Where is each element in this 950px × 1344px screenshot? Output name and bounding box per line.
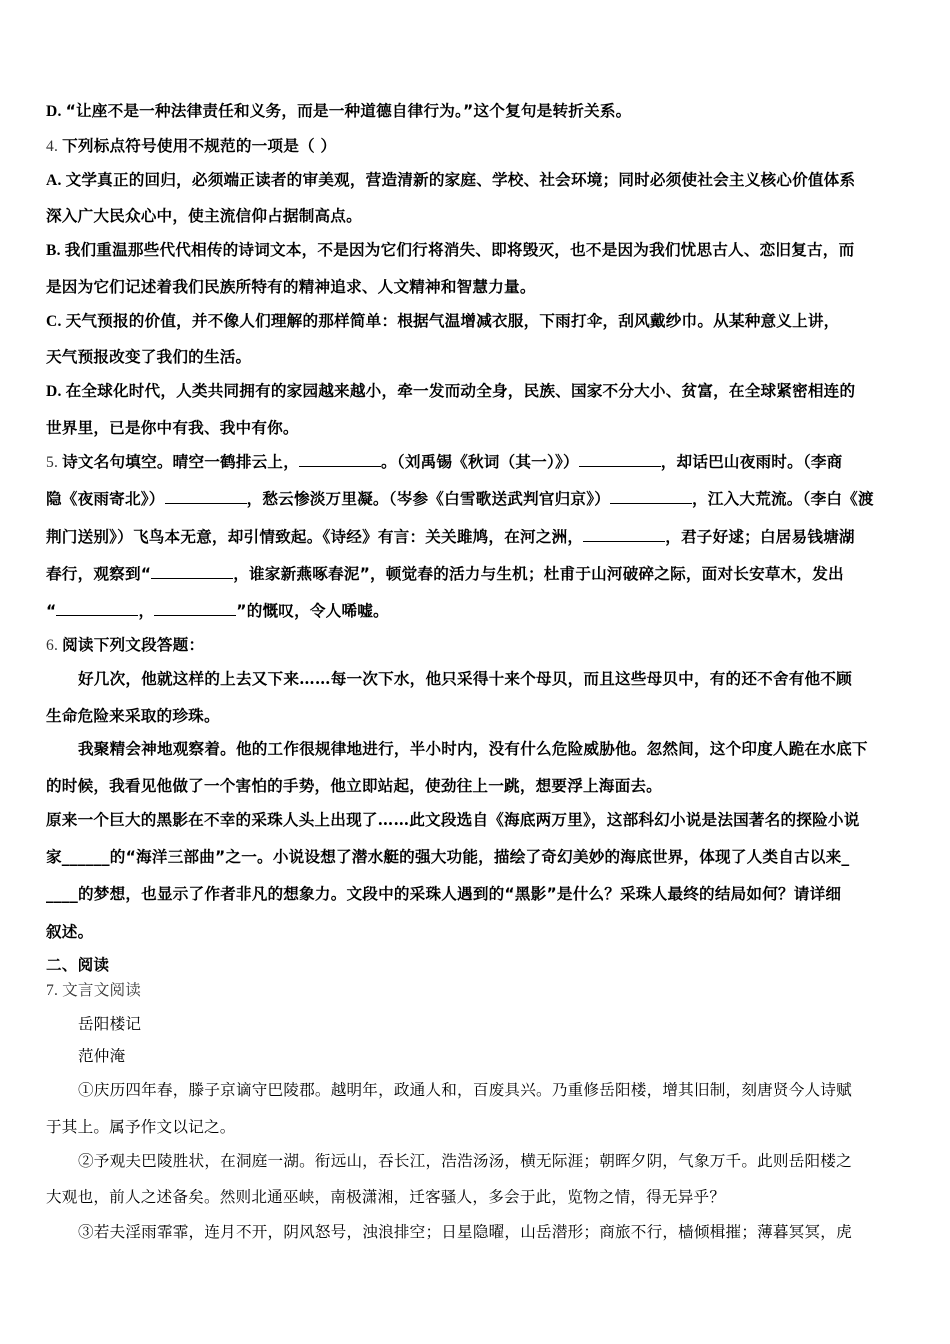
text: ，愁云惨淡万里凝。（岑参《白雪歌送武判官归京》） xyxy=(247,490,610,508)
question-stem: 下列标点符号使用不规范的一项是（ ） xyxy=(62,137,336,155)
q6-question-line-1: 原来一个巨大的黑影在不幸的采珠人头上出现了……此文段选自《海底两万里》，这部科幻… xyxy=(46,810,906,830)
question-text: 叙述。 xyxy=(46,923,93,941)
text: 。（刘禹锡《秋词（其一）》） xyxy=(381,453,579,471)
question-number: 7. xyxy=(46,982,58,999)
q6-question-line-3: ____的梦想，也显示了作者非凡的想象力。文段中的采珠人遇到的“黑影”是什么？采… xyxy=(46,884,906,904)
text: 诗文名句填空。晴空一鹤排云上， xyxy=(62,453,299,471)
section-title: 二、阅读 xyxy=(46,956,109,974)
option-text: 是因为它们记述着我们民族所特有的精神追求、人文精神和智慧力量。 xyxy=(46,278,536,296)
passage-text: 好几次，他就这样的上去又下来……每一次下水，他只采得十来个母贝，而且这些母贝中，… xyxy=(78,669,852,688)
passage-text: 的时候，我看见他做了一个害怕的手势，他立即站起，使劲往上一跳，想要浮上海面去。 xyxy=(46,776,662,795)
question-text: ____的梦想，也显示了作者非凡的想象力。文段中的采珠人遇到的“黑影”是什么？采… xyxy=(46,885,841,903)
paragraph-text: 于其上。属予作文以记之。 xyxy=(46,1118,236,1136)
option-label: B. xyxy=(46,242,61,259)
q6-question-line-2: 家______的“海洋三部曲”之一。小说设想了潜水艇的强大功能，描绘了奇幻美妙的… xyxy=(46,847,906,867)
option-text: 深入广大民众心中，使主流信仰占据制高点。 xyxy=(46,207,362,225)
option-label: A. xyxy=(46,172,62,189)
question-number: 5. xyxy=(46,454,58,471)
fill-blank[interactable] xyxy=(154,601,236,616)
essay-author: 范仲淹 xyxy=(78,1047,125,1065)
q4-option-a-cont: 深入广大民众心中，使主流信仰占据制高点。 xyxy=(46,206,906,226)
question-stem: 阅读下列文段答题： xyxy=(62,636,204,654)
fill-blank[interactable] xyxy=(610,489,692,504)
q5-line-2: 隐《夜雨寄北》），愁云惨淡万里凝。（岑参《白雪歌送武判官归京》），江入大荒流。（… xyxy=(46,489,906,509)
text: ，却话巴山夜雨时。（李商 xyxy=(661,453,843,471)
text: ，君子好逑；白居易钱塘湖 xyxy=(665,528,855,546)
text: ，江入大荒流。（李白《渡 xyxy=(692,490,874,508)
option-text: 我们重温那些代代相传的诗词文本，不是因为它们行将消失、即将毁灭，也不是因为我们忧… xyxy=(65,241,855,259)
section-heading: 二、阅读 xyxy=(46,955,906,975)
question-stem: 文言文阅读 xyxy=(62,981,141,999)
fill-blank[interactable] xyxy=(299,452,381,467)
q5-line-5: “，”的慨叹，令人唏嘘。 xyxy=(46,601,906,621)
q5-line-1: 5.诗文名句填空。晴空一鹤排云上，。（刘禹锡《秋词（其一）》），却话巴山夜雨时。… xyxy=(46,452,906,473)
fill-blank[interactable] xyxy=(583,527,665,542)
option-label: D. xyxy=(46,383,62,400)
q7-essay-title: 岳阳楼记 xyxy=(46,1014,938,1034)
q5-line-4: 春行，观察到“，谁家新燕啄春泥”，顿觉春的活力与生机；杜甫于山河破碎之际，面对长… xyxy=(46,564,906,584)
q3-option-d: D.“让座不是一种法律责任和义务，而是一种道德自律行为。”这个复句是转折关系。 xyxy=(46,101,906,122)
q6-question-line-4: 叙述。 xyxy=(46,922,906,942)
question-text: 此文段选自《海底两万里》，这部科幻小说是法国著名的探险小说 xyxy=(409,811,859,829)
option-text: 世界里，已是你中有我、我中有你。 xyxy=(46,419,299,437)
question-number: 6. xyxy=(46,637,58,654)
q7-paragraph-1: ①庆历四年春，滕子京谪守巴陵郡。越明年，政通人和，百废具兴。乃重修岳阳楼，增其旧… xyxy=(46,1080,906,1100)
q6-passage-p1: 好几次，他就这样的上去又下来……每一次下水，他只采得十来个母贝，而且这些母贝中，… xyxy=(46,669,906,689)
q6-passage-p1-cont: 生命危险来采取的珍珠。 xyxy=(46,706,906,726)
option-text: 天气预报改变了我们的生活。 xyxy=(46,348,251,366)
text: 春行，观察到“ xyxy=(46,565,151,583)
passage-text: 生命危险来采取的珍珠。 xyxy=(46,706,220,725)
fill-blank[interactable] xyxy=(579,452,661,467)
fill-blank[interactable] xyxy=(56,601,138,616)
q7-paragraph-3: ③若夫淫雨霏霏，连月不开，阴风怒号，浊浪排空；日星隐曜，山岳潜形；商旅不行，樯倾… xyxy=(46,1222,906,1242)
paragraph-text: 大观也，前人之述备矣。然则北通巫峡，南极潇湘，迁客骚人，多会于此，览物之情，得无… xyxy=(46,1188,725,1206)
text: ， xyxy=(138,602,154,620)
q6-passage-p2-cont: 的时候，我看见他做了一个害怕的手势，他立即站起，使劲往上一跳，想要浮上海面去。 xyxy=(46,776,906,796)
question-text: 家______的“海洋三部曲”之一。小说设想了潜水艇的强大功能，描绘了奇幻美妙的… xyxy=(46,848,849,866)
option-text: 天气预报的价值，并不像人们理解的那样简单：根据气温增减衣服，下雨打伞，刮风戴纱巾… xyxy=(66,312,840,330)
q5-line-3: 荆门送别》）飞鸟本无意，却引情致起。《诗经》有言：关关雎鸠，在河之洲，，君子好逑… xyxy=(46,527,906,547)
q4-option-d-cont: 世界里，已是你中有我、我中有你。 xyxy=(46,418,906,438)
text: “ xyxy=(46,602,56,620)
paragraph-text: ③若夫淫雨霏霏，连月不开，阴风怒号，浊浪排空；日星隐曜，山岳潜形；商旅不行，樯倾… xyxy=(78,1223,852,1241)
paragraph-text: ②予观夫巴陵胜状，在洞庭一湖。衔远山，吞长江，浩浩汤汤，横无际涯；朝晖夕阴，气象… xyxy=(78,1152,852,1170)
q4-option-c-cont: 天气预报改变了我们的生活。 xyxy=(46,347,906,367)
q7-paragraph-2: ②予观夫巴陵胜状，在洞庭一湖。衔远山，吞长江，浩浩汤汤，横无际涯；朝晖夕阴，气象… xyxy=(46,1151,906,1171)
q6-passage-p2: 我聚精会神地观察着。他的工作很规律地进行，半小时内，没有什么危险威胁他。忽然间，… xyxy=(46,739,906,759)
q4-stem: 4.下列标点符号使用不规范的一项是（ ） xyxy=(46,136,906,157)
q7-paragraph-1-cont: 于其上。属予作文以记之。 xyxy=(46,1117,906,1137)
text: 荆门送别》）飞鸟本无意，却引情致起。《诗经》有言：关关雎鸠，在河之洲， xyxy=(46,528,583,546)
option-label: D. xyxy=(46,103,62,120)
option-text: 在全球化时代，人类共同拥有的家园越来越小，牵一发而动全身，民族、国家不分大小、贫… xyxy=(66,382,856,400)
option-text: 文学真正的回归，必须端正读者的审美观，营造清新的家庭、学校、社会环境；同时必须使… xyxy=(66,171,856,189)
q7-paragraph-2-cont: 大观也，前人之述备矣。然则北通巫峡，南极潇湘，迁客骚人，多会于此，览物之情，得无… xyxy=(46,1187,906,1207)
q4-option-a: A.文学真正的回归，必须端正读者的审美观，营造清新的家庭、学校、社会环境；同时必… xyxy=(46,170,906,191)
q7-essay-author: 范仲淹 xyxy=(46,1046,938,1066)
text: ，谁家新燕啄春泥”，顿觉春的活力与生机；杜甫于山河破碎之际，面对长安草木，发出 xyxy=(233,565,844,583)
q4-option-b-cont: 是因为它们记述着我们民族所特有的精神追求、人文精神和智慧力量。 xyxy=(46,277,906,297)
q4-option-b: B.我们重温那些代代相传的诗词文本，不是因为它们行将消失、即将毁灭，也不是因为我… xyxy=(46,240,906,261)
passage-text: 原来一个巨大的黑影在不幸的采珠人头上出现了…… xyxy=(46,810,409,829)
fill-blank[interactable] xyxy=(151,564,233,579)
passage-text: 我聚精会神地观察着。他的工作很规律地进行，半小时内，没有什么危险威胁他。忽然间，… xyxy=(78,739,868,758)
text: ”的慨叹，令人唏嘘。 xyxy=(236,602,389,620)
q7-stem: 7.文言文阅读 xyxy=(46,980,906,1001)
option-label: C. xyxy=(46,313,62,330)
q4-option-d: D.在全球化时代，人类共同拥有的家园越来越小，牵一发而动全身，民族、国家不分大小… xyxy=(46,381,906,402)
option-text: “让座不是一种法律责任和义务，而是一种道德自律行为。”这个复句是转折关系。 xyxy=(66,102,632,120)
fill-blank[interactable] xyxy=(165,489,247,504)
q6-stem: 6.阅读下列文段答题： xyxy=(46,635,906,656)
text: 隐《夜雨寄北》） xyxy=(46,490,165,508)
question-number: 4. xyxy=(46,138,58,155)
essay-title: 岳阳楼记 xyxy=(78,1015,141,1033)
q4-option-c: C.天气预报的价值，并不像人们理解的那样简单：根据气温增减衣服，下雨打伞，刮风戴… xyxy=(46,311,906,332)
paragraph-text: ①庆历四年春，滕子京谪守巴陵郡。越明年，政通人和，百废具兴。乃重修岳阳楼，增其旧… xyxy=(78,1081,852,1099)
